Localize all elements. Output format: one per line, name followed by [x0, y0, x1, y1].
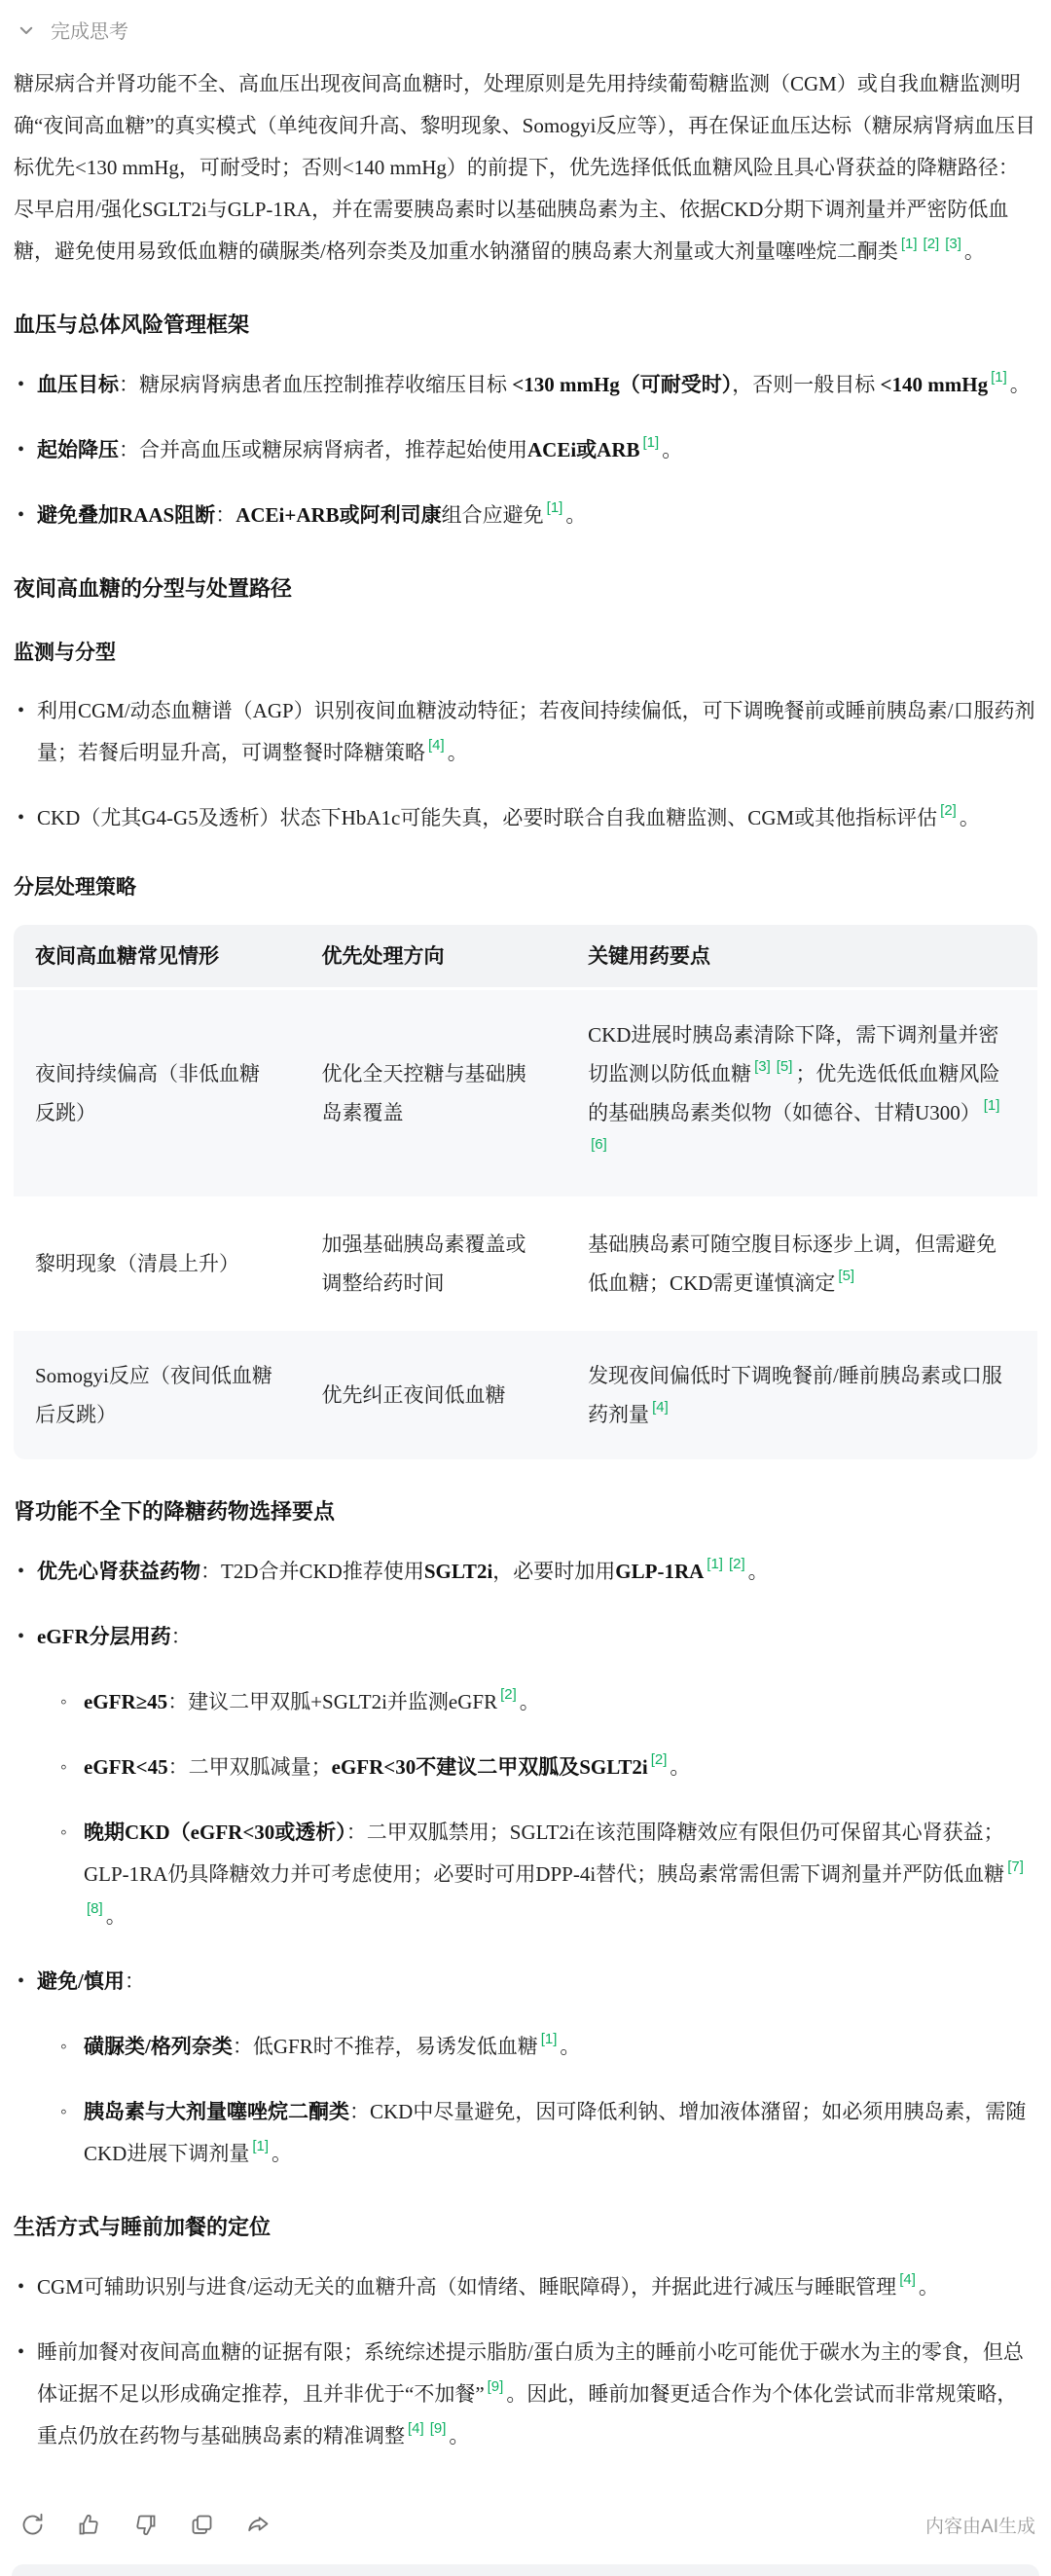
citation-badge[interactable]: [2]: [729, 1556, 745, 1572]
list-item: 优先心肾获益药物：T2D合并CKD推荐使用SGLT2i，必要时加用GLP-1RA…: [14, 1551, 1037, 1593]
body-text: ：低GFR时不推荐，易诱发低血糖: [233, 2035, 538, 2058]
citation-badge[interactable]: [9]: [488, 2378, 504, 2395]
list-item: 睡前加餐对夜间高血糖的证据有限；系统综述提示脂肪/蛋白质为主的睡前小吃可能优于碳…: [14, 2332, 1037, 2457]
list-item: 避免/慎用：磺脲类/格列奈类：低GFR时不推荐，易诱发低血糖[1]。胰岛素与大剂…: [14, 1961, 1037, 2175]
body-text: 。: [964, 239, 985, 263]
list-item: 利用CGM/动态血糖谱（AGP）识别夜间血糖波动特征；若夜间持续偏低，可下调晚餐…: [14, 690, 1037, 774]
body-text: 。: [449, 2424, 469, 2447]
table-cell: 发现夜间偏低时下调晚餐前/睡前胰岛素或口服药剂量[4]: [566, 1328, 1037, 1459]
regenerate-icon: [19, 2512, 46, 2538]
table-header-cell: 夜间高血糖常见情形: [14, 925, 301, 987]
citation-badge[interactable]: [2]: [500, 1686, 517, 1703]
body-text: ，否则一般目标: [732, 373, 880, 396]
body-text: 。: [748, 1560, 769, 1583]
share-button[interactable]: [243, 2510, 272, 2539]
body-text: 优先纠正夜间低血糖: [322, 1383, 506, 1407]
body-text: 。: [960, 806, 980, 829]
thumbs-up-icon: [76, 2512, 102, 2538]
sub-bullet-list: eGFR≥45：建议二甲双胍+SGLT2i并监测eGFR[2]。eGFR<45：…: [37, 1681, 1037, 1937]
body-text: CKD（尤其G4-G5及透析）状态下HbA1c可能失真，必要时联合自我血糖监测、…: [37, 806, 937, 829]
section-heading: 血压与总体风险管理框架: [14, 310, 1037, 341]
body-text: 优化全天控糖与基础胰岛素覆盖: [322, 1062, 526, 1124]
list-item: 起始降压：合并高血压或糖尿病肾病者，推荐起始使用ACEi或ARB[1]。: [14, 429, 1037, 471]
body-text: 。: [106, 1904, 127, 1928]
citation-badge[interactable]: [2]: [940, 802, 957, 819]
body-text: 。: [560, 2035, 580, 2058]
sub-list-item: eGFR≥45：建议二甲双胍+SGLT2i并监测eGFR[2]。: [58, 1681, 1037, 1723]
list-item: 避免叠加RAAS阻断：ACEi+ARB或阿利司康组合应避免[1]。: [14, 495, 1037, 536]
body-text: 。: [448, 741, 468, 764]
table-cell: 黎明现象（清晨上升）: [14, 1196, 301, 1328]
body-text: ：建议二甲双胍+SGLT2i并监测eGFR: [167, 1690, 497, 1713]
table-cell: 加强基础胰岛素覆盖或调整给药时间: [301, 1196, 567, 1328]
assistant-message: 糖尿病合并肾功能不全、高血压出现夜间高血糖时，处理原则是先用持续葡萄糖监测（CG…: [0, 63, 1051, 2457]
table-header-row: 夜间高血糖常见情形优先处理方向关键用药要点: [14, 925, 1037, 987]
citation-badge[interactable]: [5]: [777, 1058, 793, 1075]
action-icons: [18, 2510, 272, 2539]
bold-text: <140 mmHg: [881, 373, 989, 396]
sub-list-item: 磺脲类/格列奈类：低GFR时不推荐，易诱发低血糖[1]。: [58, 2026, 1037, 2068]
bullet-list: 利用CGM/动态血糖谱（AGP）识别夜间血糖波动特征；若夜间持续偏低，可下调晚餐…: [14, 690, 1037, 839]
bold-text: eGFR<30不建议二甲双胍及SGLT2i: [332, 1755, 648, 1779]
citation-badge[interactable]: [1]: [541, 2031, 558, 2047]
sub-bullet-list: 磺脲类/格列奈类：低GFR时不推荐，易诱发低血糖[1]。胰岛素与大剂量噻唑烷二酮…: [37, 2026, 1037, 2175]
citation-badge[interactable]: [8]: [87, 1900, 103, 1917]
table-row: Somogyi反应（夜间低血糖后反跳）优先纠正夜间低血糖发现夜间偏低时下调晚餐前…: [14, 1328, 1037, 1459]
citation-badge[interactable]: [1]: [984, 1097, 1000, 1114]
body-text: 。: [662, 438, 682, 461]
body-text: 。: [919, 2275, 939, 2299]
ai-generated-note: 内容由AI生成: [925, 2512, 1035, 2538]
bold-text: 磺脲类/格列奈类: [84, 2035, 233, 2058]
body-text: 基础胰岛素可随空腹目标逐步上调，但需避免低血糖；CKD需更谨慎滴定: [588, 1233, 997, 1295]
body-text: 糖尿病合并肾功能不全、高血压出现夜间高血糖时，处理原则是先用持续葡萄糖监测（CG…: [14, 72, 1035, 263]
section-heading: 夜间高血糖的分型与处置路径: [14, 573, 1037, 605]
sub-list-item: 晚期CKD（eGFR<30或透析）：二甲双胍禁用；SGLT2i在该范围降糖效应有…: [58, 1812, 1037, 1937]
table-header-cell: 优先处理方向: [301, 925, 567, 987]
table-row: 黎明现象（清晨上升）加强基础胰岛素覆盖或调整给药时间基础胰岛素可随空腹目标逐步上…: [14, 1196, 1037, 1328]
citation-badge[interactable]: [3]: [754, 1058, 771, 1075]
thumbs-down-button[interactable]: [130, 2510, 160, 2539]
body-text: 夜间持续偏高（非低血糖反跳）: [35, 1062, 260, 1124]
bold-text: ACEi+ARB或阿利司康: [236, 503, 441, 527]
chevron-down-icon: [18, 21, 35, 39]
body-text: 加强基础胰岛素覆盖或调整给药时间: [322, 1233, 526, 1295]
bullet-list: 优先心肾获益药物：T2D合并CKD推荐使用SGLT2i，必要时加用GLP-1RA…: [14, 1551, 1037, 2175]
table-cell: 优先纠正夜间低血糖: [301, 1328, 567, 1459]
body-text: 。: [565, 503, 586, 527]
citation-badge[interactable]: [4]: [408, 2420, 424, 2437]
bold-text: ACEi或ARB: [527, 438, 640, 461]
citation-badge[interactable]: [4]: [899, 2271, 916, 2288]
body-text: 黎明现象（清晨上升）: [35, 1252, 239, 1275]
thinking-header[interactable]: 完成思考: [0, 0, 1051, 46]
regenerate-button[interactable]: [18, 2510, 47, 2539]
section-heading: 生活方式与睡前加餐的定位: [14, 2212, 1037, 2243]
section-heading: 肾功能不全下的降糖药物选择要点: [14, 1496, 1037, 1527]
list-item: CKD（尤其G4-G5及透析）状态下HbA1c可能失真，必要时联合自我血糖监测、…: [14, 797, 1037, 839]
bold-text: 优先心肾获益药物: [37, 1560, 200, 1583]
list-item: 血压目标：糖尿病肾病患者血压控制推荐收缩压目标 <130 mmHg（可耐受时），…: [14, 364, 1037, 406]
body-text: CGM可辅助识别与进食/运动无关的血糖升高（如情绪、睡眠障碍），并据此进行减压与…: [37, 2275, 896, 2299]
body-text: ：二甲双胍减量；: [168, 1755, 332, 1779]
citation-badge[interactable]: [1]: [643, 434, 660, 451]
bullet-list: 血压目标：糖尿病肾病患者血压控制推荐收缩压目标 <130 mmHg（可耐受时），…: [14, 364, 1037, 536]
citation-badge[interactable]: [4]: [652, 1399, 669, 1416]
body-text: ，必要时加用: [492, 1560, 615, 1583]
bold-text: 晚期CKD（eGFR<30或透析）: [84, 1821, 346, 1844]
body-text: 利用CGM/动态血糖谱（AGP）识别夜间血糖波动特征；若夜间持续偏低，可下调晚餐…: [37, 699, 1035, 764]
bold-text: eGFR≥45: [84, 1690, 167, 1713]
subsection-heading: 监测与分型: [14, 638, 1037, 667]
list-item: eGFR分层用药：eGFR≥45：建议二甲双胍+SGLT2i并监测eGFR[2]…: [14, 1616, 1037, 1937]
bold-text: 血压目标: [37, 373, 119, 396]
bold-text: 避免叠加RAAS阻断: [37, 503, 215, 527]
bullet-list: CGM可辅助识别与进食/运动无关的血糖升高（如情绪、睡眠障碍），并据此进行减压与…: [14, 2266, 1037, 2457]
citation-badge[interactable]: [1]: [901, 236, 918, 252]
share-icon: [245, 2512, 272, 2538]
body-text: ：: [125, 1969, 145, 1993]
thumbs-down-icon: [132, 2512, 159, 2538]
citation-badge[interactable]: [4]: [428, 737, 445, 754]
body-text: 。: [1010, 373, 1031, 396]
body-text: 发现夜间偏低时下调晚餐前/睡前胰岛素或口服药剂量: [588, 1364, 1002, 1426]
sub-list-item: eGFR<45：二甲双胍减量；eGFR<30不建议二甲双胍及SGLT2i[2]。: [58, 1747, 1037, 1788]
body-text: 。: [272, 2142, 292, 2165]
body-text: 。: [520, 1690, 540, 1713]
citation-badge[interactable]: [2]: [651, 1751, 668, 1768]
thumbs-up-button[interactable]: [74, 2510, 103, 2539]
bold-text: 起始降压: [37, 438, 119, 461]
input-box-edge[interactable]: [12, 2564, 1039, 2576]
strategy-table: 夜间高血糖常见情形优先处理方向关键用药要点夜间持续偏高（非低血糖反跳）优化全天控…: [14, 925, 1037, 1459]
copy-icon: [189, 2512, 215, 2538]
paragraph: 糖尿病合并肾功能不全、高血压出现夜间高血糖时，处理原则是先用持续葡萄糖监测（CG…: [14, 63, 1037, 273]
thinking-label: 完成思考: [51, 16, 128, 44]
bold-text: 胰岛素与大剂量噻唑烷二酮类: [84, 2100, 349, 2123]
table-row: 夜间持续偏高（非低血糖反跳）优化全天控糖与基础胰岛素覆盖CKD进展时胰岛素清除下…: [14, 987, 1037, 1196]
bold-text: 避免/慎用: [37, 1969, 125, 1993]
body-text: ：糖尿病肾病患者血压控制推荐收缩压目标: [119, 373, 512, 396]
citation-badge[interactable]: [6]: [591, 1136, 607, 1153]
bold-text: SGLT2i: [424, 1560, 492, 1583]
list-item: CGM可辅助识别与进食/运动无关的血糖升高（如情绪、睡眠障碍），并据此进行减压与…: [14, 2266, 1037, 2308]
citation-badge[interactable]: [2]: [924, 236, 940, 252]
citation-badge[interactable]: [1]: [991, 369, 1007, 386]
body-text: ：合并高血压或糖尿病肾病者，推荐起始使用: [119, 438, 527, 461]
answer-footer: 内容由AI生成: [0, 2481, 1051, 2539]
sub-list-item: 胰岛素与大剂量噻唑烷二酮类：CKD中尽量避免，因可降低利钠、增加液体潴留；如必须…: [58, 2091, 1037, 2175]
body-text: ：T2D合并CKD推荐使用: [200, 1560, 424, 1583]
bold-text: eGFR分层用药: [37, 1625, 171, 1648]
table-header-cell: 关键用药要点: [566, 925, 1037, 987]
citation-badge[interactable]: [1]: [252, 2138, 269, 2154]
body-text: ：: [215, 503, 236, 527]
table-cell: 优化全天控糖与基础胰岛素覆盖: [301, 987, 567, 1196]
citation-badge[interactable]: [5]: [838, 1268, 854, 1284]
body-text: 。: [670, 1755, 690, 1779]
table-cell: CKD进展时胰岛素清除下降，需下调剂量并密切监测以防低血糖[3][5]；优先选低…: [566, 987, 1037, 1196]
citation-badge[interactable]: [7]: [1007, 1858, 1024, 1875]
subsection-heading: 分层处理策略: [14, 872, 1037, 902]
citation-badge[interactable]: [1]: [547, 499, 563, 516]
bold-text: eGFR<45: [84, 1755, 168, 1779]
copy-button[interactable]: [187, 2510, 216, 2539]
table-cell: 夜间持续偏高（非低血糖反跳）: [14, 987, 301, 1196]
table-cell: 基础胰岛素可随空腹目标逐步上调，但需避免低血糖；CKD需更谨慎滴定[5]: [566, 1196, 1037, 1328]
table-cell: Somogyi反应（夜间低血糖后反跳）: [14, 1328, 301, 1459]
citation-badge[interactable]: [3]: [945, 236, 961, 252]
bold-text: <130 mmHg（可耐受时）: [512, 373, 732, 396]
citation-badge[interactable]: [1]: [707, 1556, 723, 1572]
bold-text: GLP-1RA: [615, 1560, 704, 1583]
body-text: ：: [171, 1625, 192, 1648]
body-text: Somogyi反应（夜间低血糖后反跳）: [35, 1364, 272, 1426]
body-text: 组合应避免: [442, 503, 544, 527]
citation-badge[interactable]: [9]: [430, 2420, 447, 2437]
